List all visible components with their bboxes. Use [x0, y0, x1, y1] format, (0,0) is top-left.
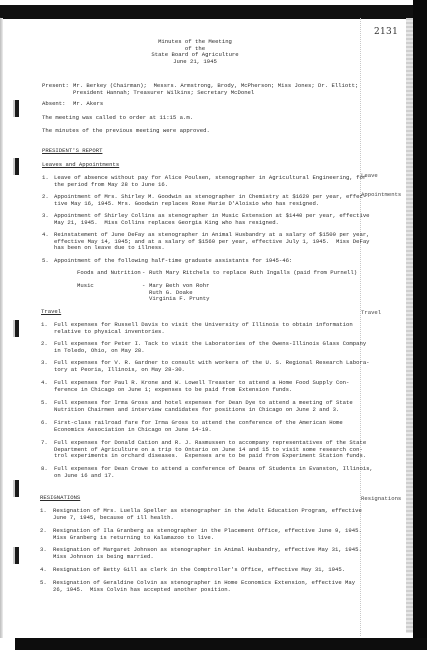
- margin-note-resignations: Resignations: [361, 495, 401, 502]
- present-line-2: President Hannah; Treasurer Wilkins; Sec…: [73, 90, 254, 96]
- travel-item-8-line: on June 16 and 17.: [54, 473, 114, 479]
- item-number: 5.: [41, 400, 48, 406]
- subheading-leaves-appointments: Leaves and Appointments: [42, 162, 119, 168]
- item-number: 1.: [40, 508, 47, 514]
- binder-mark: [13, 158, 19, 175]
- scan-right-border: [413, 0, 427, 650]
- item-number: 4.: [40, 567, 47, 573]
- travel-item-7-line: trol experiments in orchard diseases. Ex…: [54, 453, 366, 459]
- subheading-travel: Travel: [41, 309, 61, 315]
- scan-top-border: [0, 5, 413, 19]
- item-number: 5.: [40, 580, 47, 586]
- assistant-dept: Music: [77, 283, 94, 289]
- assistant-dash: -: [142, 283, 145, 289]
- item-number: 3.: [42, 213, 49, 219]
- item-number: 1.: [41, 322, 48, 328]
- binder-mark: [13, 547, 19, 564]
- binder-mark: [13, 480, 19, 497]
- item-number: 3.: [40, 547, 47, 553]
- assistant-dept: Foods and Nutrition: [77, 270, 141, 276]
- resignation-item-5-line: 26, 1945. Miss Colvin has accepted anoth…: [53, 587, 231, 593]
- leave-item-4-line: has been on leave due to illness.: [54, 245, 165, 251]
- resignation-item-3-line: Miss Johnson is being married.: [53, 554, 154, 560]
- binder-mark: [13, 100, 19, 117]
- margin-note-appointments: Appointments: [361, 191, 401, 198]
- item-number: 5.: [42, 258, 49, 264]
- item-number: 3.: [41, 360, 48, 366]
- item-number: 2.: [40, 528, 47, 534]
- travel-item-4-line: ference in Chicago on June 1; expenses t…: [54, 387, 292, 393]
- meeting-date: June 21, 1945: [0, 59, 390, 65]
- travel-item-1-line: relative to physical inventories.: [54, 329, 165, 335]
- travel-item-3-line: tory at Peoria, Illinois, on May 28-30.: [54, 367, 185, 373]
- assistant-name: Ruth Mary Ritchels to replace Ruth Ingal…: [149, 270, 357, 276]
- page-number: 2131: [374, 27, 398, 37]
- scan-left-edge: [0, 18, 3, 638]
- resignation-item-2-line: Miss Granberg is returning to Kalamazoo …: [53, 535, 214, 541]
- leave-item-2-line: tive May 16, 1945. Mrs. Goodwin replaces…: [54, 201, 319, 207]
- present-label: Present:: [42, 83, 69, 89]
- item-number: 2.: [42, 194, 49, 200]
- assistant-dash: -: [142, 270, 145, 276]
- item-number: 7.: [41, 440, 48, 446]
- absent-value: Mr. Akers: [73, 101, 103, 107]
- item-number: 4.: [42, 232, 49, 238]
- margin-note-travel: Travel: [361, 309, 381, 316]
- binder-mark: [13, 320, 19, 337]
- margin-rule: [360, 18, 361, 636]
- item-number: 6.: [41, 420, 48, 426]
- leave-item-3-line: May 21, 1945. Miss Collins replaces Geor…: [54, 220, 279, 226]
- leave-item-5-line: Appointment of the following half-time g…: [54, 258, 292, 264]
- minutes-approved: The minutes of the previous meeting were…: [42, 128, 210, 134]
- scan-bottom-border: [15, 638, 427, 650]
- item-number: 8.: [41, 466, 48, 472]
- resignation-item-1-line: June 7, 1945, because of ill health.: [53, 515, 174, 521]
- item-number: 1.: [42, 175, 49, 181]
- item-number: 2.: [41, 341, 48, 347]
- assistant-name: Virginia F. Prunty: [149, 296, 209, 302]
- section-heading-presidents-report: PRESIDENT'S REPORT: [42, 148, 102, 154]
- call-to-order: The meeting was called to order at 11:15…: [42, 115, 193, 121]
- travel-item-2-line: in Toledo, Ohio, on May 28.: [54, 348, 145, 354]
- absent-label: Absent:: [42, 101, 66, 107]
- item-number: 4.: [41, 380, 48, 386]
- travel-item-6-line: Economics Association in Chicago on June…: [54, 427, 212, 433]
- section-heading-resignations: RESIGNATIONS: [40, 495, 80, 501]
- resignation-item-4-line: Resignation of Betty Gill as clerk in th…: [53, 567, 345, 573]
- page-stack-edge: [406, 18, 413, 633]
- travel-item-5-line: Nutrition Chairmen and interview candida…: [54, 407, 339, 413]
- leave-item-1-line: the period from May 28 to June 16.: [54, 182, 168, 188]
